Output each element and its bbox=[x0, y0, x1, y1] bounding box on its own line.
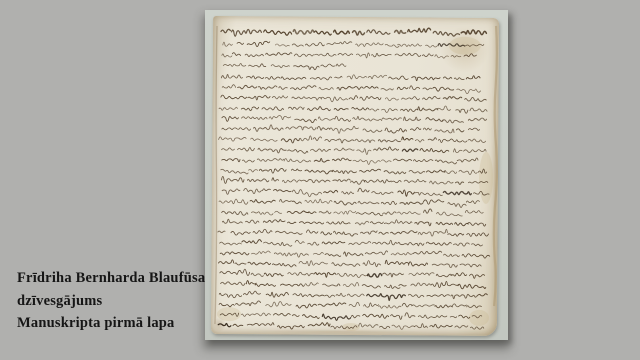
caption-line-page: Manuskripta pirmā lapa bbox=[17, 312, 205, 335]
caption-line-subject: dzīvesgājums bbox=[17, 290, 205, 313]
manuscript-paper bbox=[211, 16, 499, 336]
slide-canvas: { "slide": { "background_color": "#b0b0a… bbox=[0, 0, 640, 360]
handwriting-svg bbox=[211, 16, 499, 336]
caption-block: Frīdriha Bernharda Blaufūsa dzīvesgājums… bbox=[17, 267, 205, 335]
manuscript-photo bbox=[205, 10, 508, 340]
slide: Frīdriha Bernharda Blaufūsa dzīvesgājums… bbox=[0, 0, 640, 360]
caption-line-name: Frīdriha Bernharda Blaufūsa bbox=[17, 267, 205, 290]
